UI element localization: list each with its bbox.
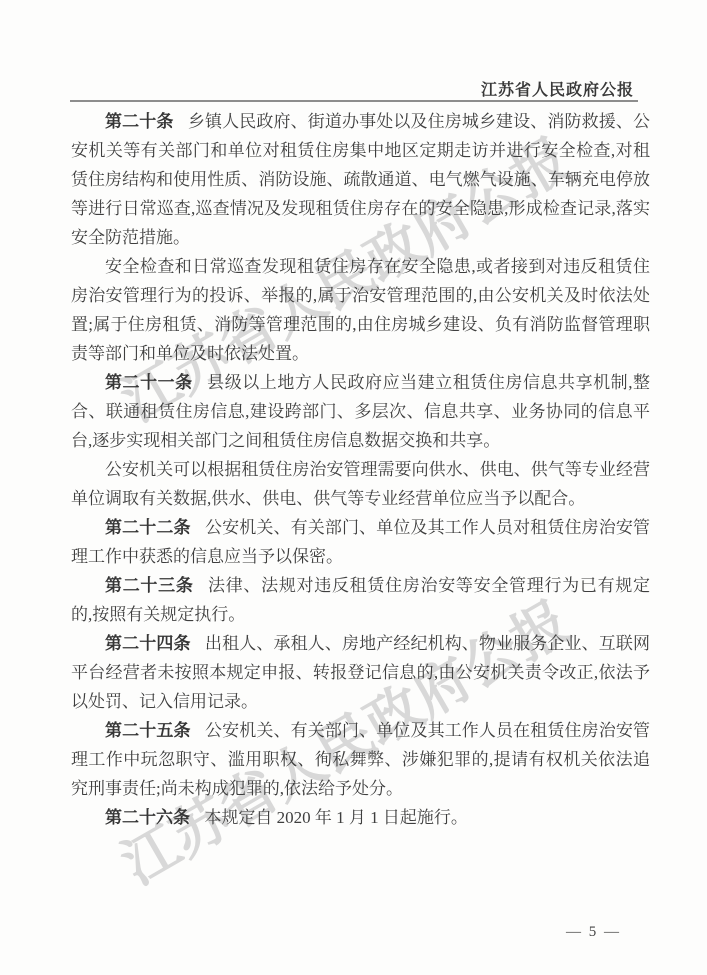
header-divider-rule [70, 100, 638, 102]
article-paragraph: 第二十一条县级以上地方人民政府应当建立租赁住房信息共享机制,整合、联通租赁住房信… [71, 368, 650, 455]
article-paragraph: 安全检查和日常巡查发现租赁住房存在安全隐患,或者接到对违反租赁住房治安管理行为的… [71, 252, 650, 368]
article-paragraph: 第二十三条法律、法规对违反租赁住房治安等安全管理行为已有规定的,按照有关规定执行… [71, 571, 650, 629]
article-number: 第二十五条 [105, 721, 191, 740]
article-paragraph: 第二十条乡镇人民政府、街道办事处以及住房城乡建设、消防救援、公安机关等有关部门和… [71, 107, 650, 252]
gazette-page: 江苏省人民政府公报 江苏省人民政府公报 江苏省人民政府公报 第二十条乡镇人民政府… [0, 0, 707, 975]
page-number: — 5 — [566, 924, 621, 941]
article-number: 第二十六条 [105, 808, 190, 827]
article-paragraph: 第二十二条公安机关、有关部门、单位及其工作人员对租赁住房治安管理工作中获悉的信息… [71, 513, 650, 571]
article-paragraph: 第二十四条出租人、承租人、房地产经纪机构、物业服务企业、互联网平台经营者未按照本… [71, 629, 650, 716]
article-number: 第二十条 [105, 112, 173, 131]
article-number: 第二十一条 [105, 373, 193, 392]
article-number: 第二十四条 [105, 634, 191, 653]
article-paragraph: 公安机关可以根据租赁住房治安管理需要向供水、供电、供气等专业经营单位调取有关数据… [71, 455, 650, 513]
document-body: 第二十条乡镇人民政府、街道办事处以及住房城乡建设、消防救援、公安机关等有关部门和… [71, 107, 650, 832]
article-paragraph: 第二十五条公安机关、有关部门、单位及其工作人员在租赁住房治安管理工作中玩忽职守、… [71, 716, 650, 803]
article-paragraph: 第二十六条本规定自 2020 年 1 月 1 日起施行。 [71, 803, 650, 832]
page-header-title: 江苏省人民政府公报 [481, 77, 634, 100]
article-number: 第二十三条 [105, 576, 194, 595]
article-number: 第二十二条 [105, 518, 191, 537]
